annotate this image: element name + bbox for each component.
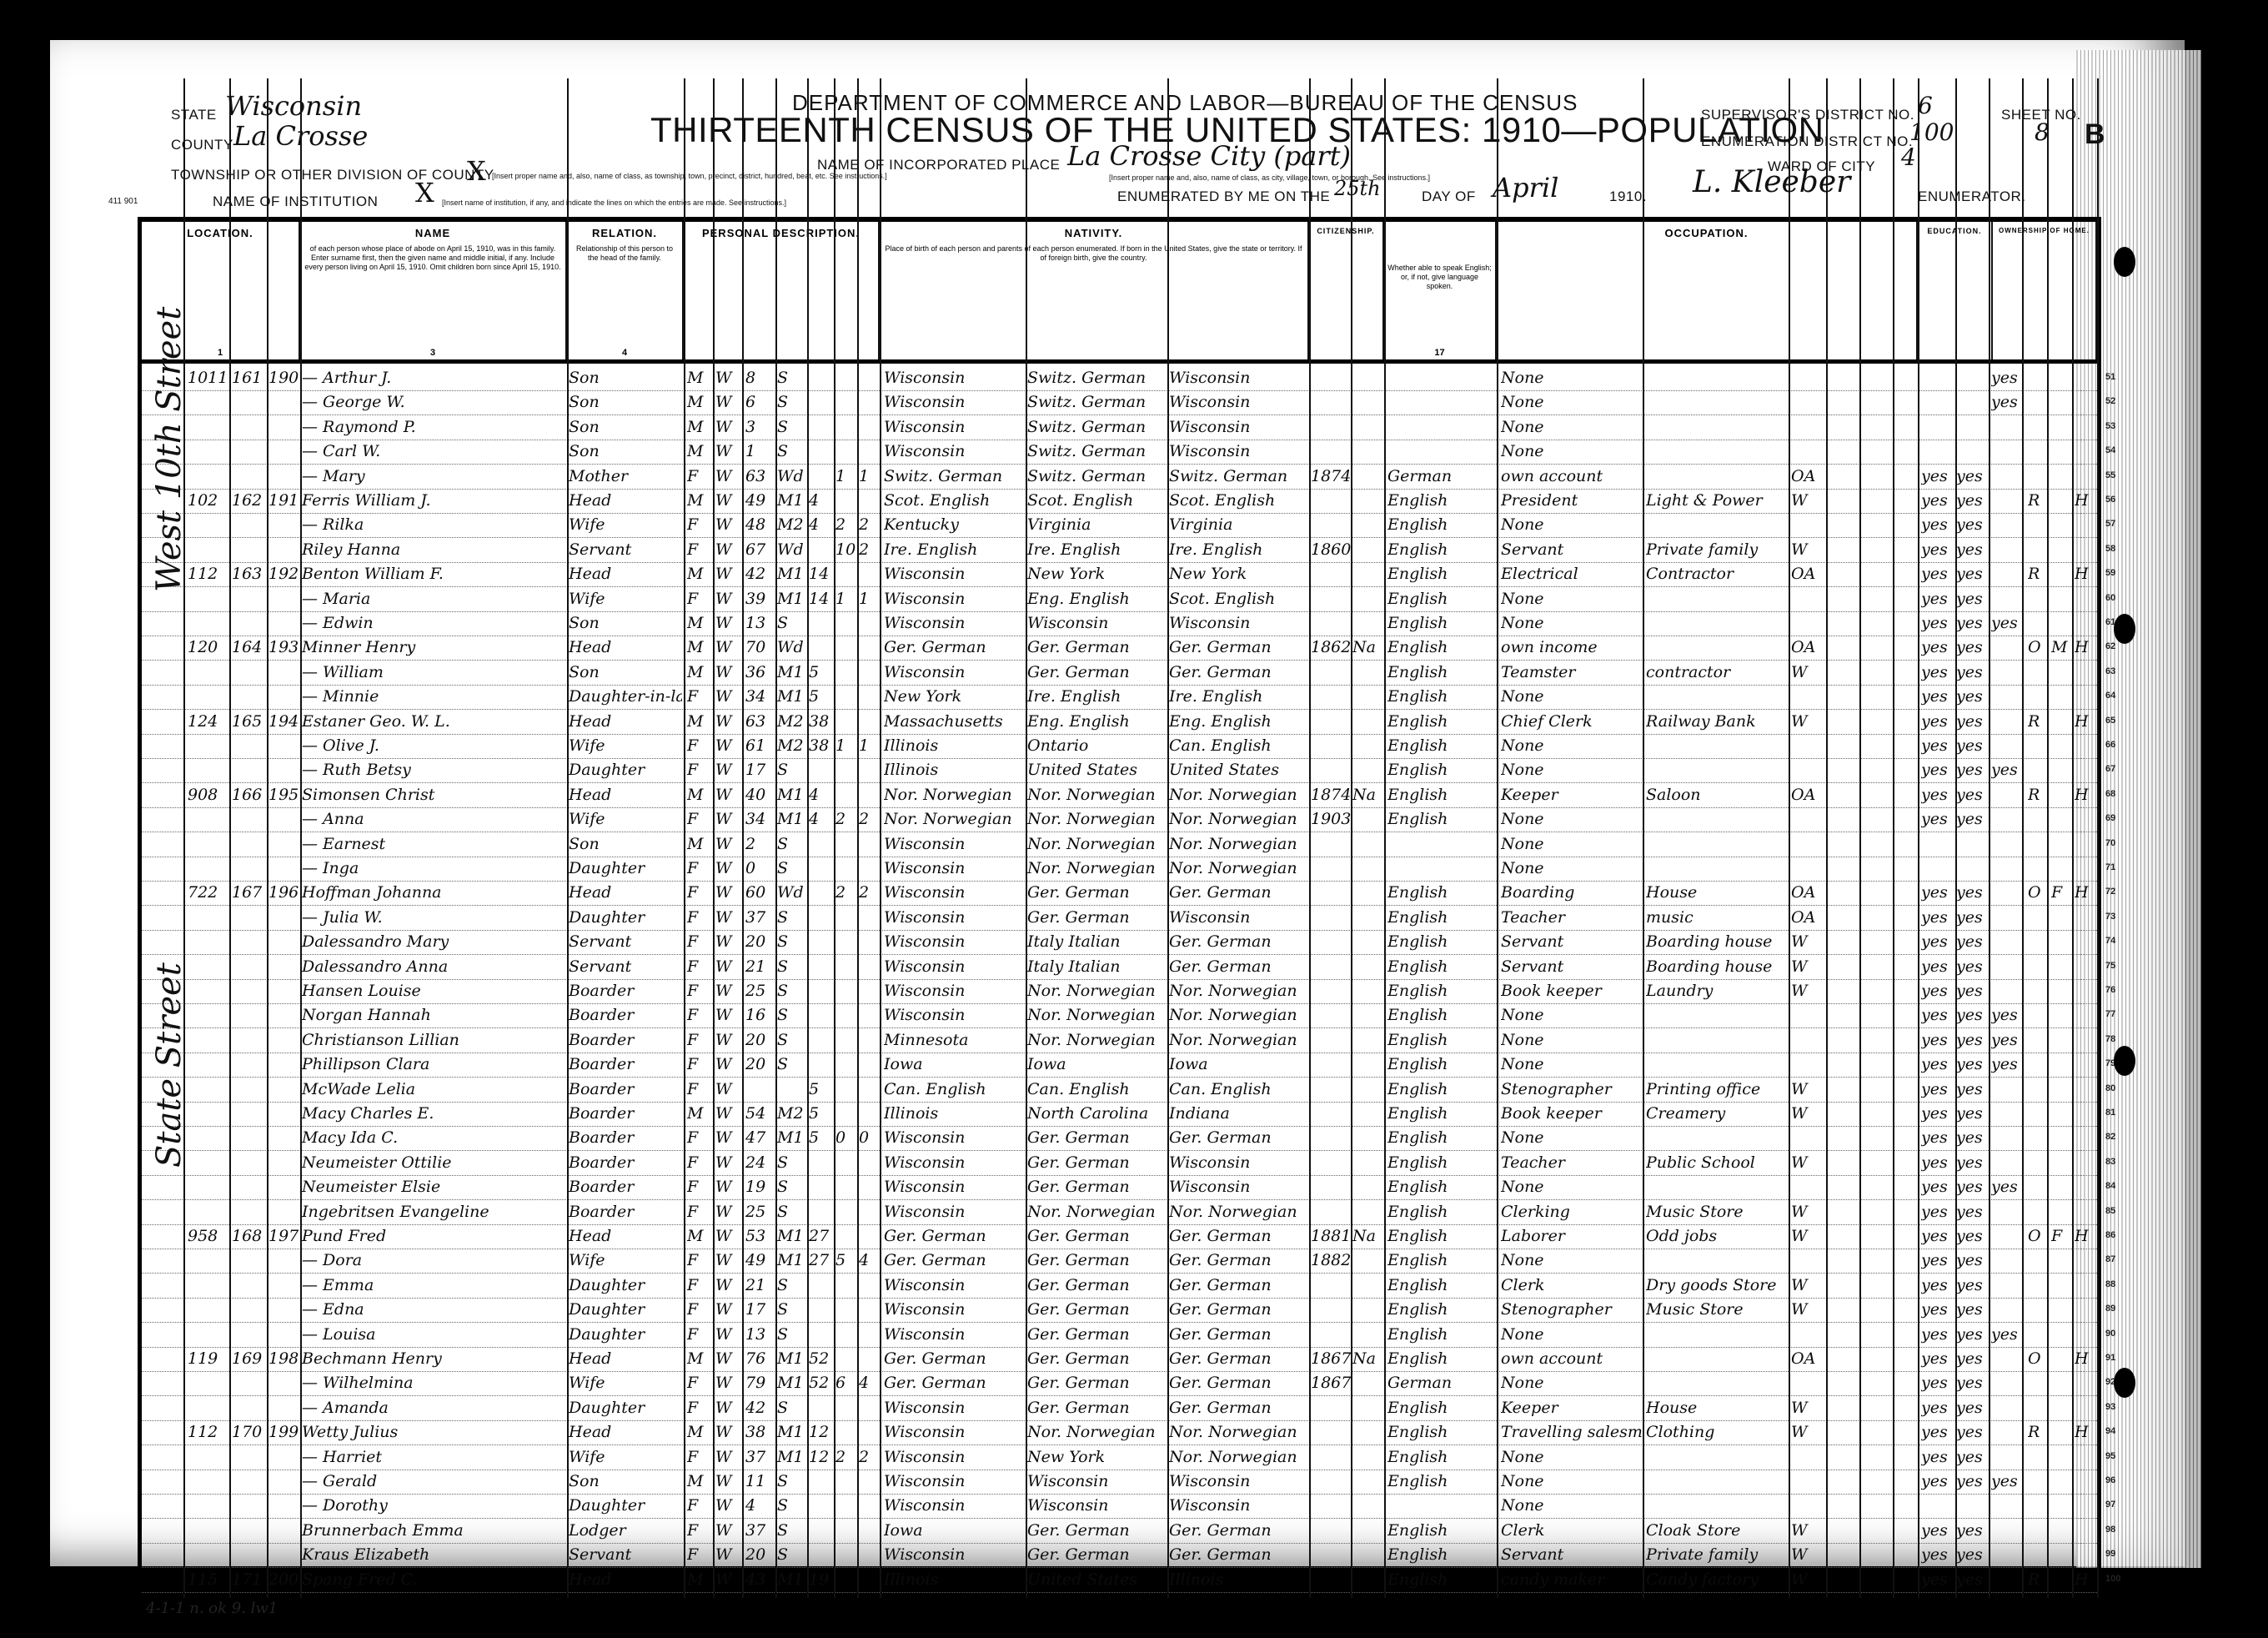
cell-fh (2075, 684, 2096, 709)
cell-race: W (715, 1101, 744, 1126)
table-row: — MaryMotherFW63Wd11Switz. GermanSwitz. … (142, 464, 2097, 490)
cell-birthplace: Wisconsin (884, 1125, 1026, 1150)
cell-mother-bp: Nor. Norwegian (1169, 1445, 1307, 1470)
cell-language: English (1387, 1567, 1496, 1592)
cell-occupation: Laborer (1501, 1223, 1643, 1249)
cell-free (2051, 610, 2073, 636)
cell-family (268, 1174, 304, 1199)
cell-living (859, 1002, 881, 1028)
cell-living (859, 1346, 881, 1371)
line-number: 68 (2105, 789, 2115, 799)
cell-read: yes (1921, 1248, 1954, 1273)
table-row: Neumeister OttilieBoarderFW24SWisconsinG… (142, 1150, 2097, 1176)
cell-race: W (715, 1346, 744, 1371)
cell-race: W (715, 537, 744, 562)
line-number: 82 (2105, 1132, 2115, 1142)
cell-read: yes (1921, 733, 1954, 758)
cell-nat: Na (1352, 1223, 1382, 1249)
cell-school (1991, 905, 2025, 930)
binding-hole (2114, 1368, 2135, 1398)
cell-house: 171 (232, 1567, 267, 1592)
cell-write: yes (1956, 1002, 1990, 1028)
cell-language: German (1387, 464, 1496, 489)
line-number: 75 (2105, 961, 2115, 971)
cell-birthplace: Can. English (884, 1077, 1026, 1102)
cell-fh (2075, 1101, 2096, 1126)
cell-school (1991, 586, 2025, 611)
cell-race: W (715, 512, 744, 537)
margin-code: 411 901 (108, 197, 138, 206)
line-number: 77 (2105, 1009, 2115, 1019)
cell-mother-bp: Wisconsin (1169, 389, 1307, 415)
cell-read: yes (1921, 1445, 1954, 1470)
cell-dwelling-no (188, 660, 229, 685)
cell-nat (1352, 978, 1382, 1003)
cell-house (232, 1542, 267, 1567)
cell-living: 0 (859, 1125, 881, 1150)
cell-name: — Maria (302, 586, 567, 611)
cell-dwelling-no (188, 1150, 229, 1175)
cell-fh (2075, 978, 2096, 1003)
cell-occupation: Teamster (1501, 660, 1643, 685)
cell-born (835, 978, 857, 1003)
cell-read: yes (1921, 1322, 1954, 1347)
cell-father-bp: Ger. German (1027, 635, 1167, 660)
cell-name: Pund Fred (302, 1223, 567, 1249)
cell-write: yes (1956, 1052, 1990, 1077)
cell-write: yes (1956, 1174, 1990, 1199)
cell-school (1991, 488, 2025, 513)
cell-father-bp: Ger. German (1027, 1248, 1167, 1273)
cell-free: F (2051, 880, 2073, 905)
cell-race: W (715, 1248, 744, 1273)
cell-language: English (1387, 1223, 1496, 1249)
cell-school (1991, 832, 2025, 857)
line-number: 93 (2105, 1402, 2115, 1412)
cell-age: 17 (745, 1297, 775, 1322)
cell-immig (1311, 1077, 1351, 1102)
cell-language: English (1387, 1125, 1496, 1150)
cell-emp (1791, 1469, 1824, 1494)
cell-fh (2075, 832, 2096, 857)
cell-school (1991, 1493, 2025, 1518)
column-rule (1893, 78, 1894, 1598)
cell-family: 190 (268, 365, 304, 390)
cell-age: 25 (745, 1199, 775, 1224)
cell-marital: S (777, 1174, 807, 1199)
cell-occupation: None (1501, 1469, 1643, 1494)
cell-read: yes (1921, 782, 1954, 807)
line-number: 72 (2105, 887, 2115, 897)
cell-name: Spang Fred C. (302, 1567, 567, 1592)
enumerated-year: 1910. (1609, 188, 1647, 205)
supervisor-district-value: 6 (1918, 92, 1933, 119)
cell-fh (2075, 537, 2096, 562)
cell-marital: M1 (777, 488, 807, 513)
cell-race: W (715, 586, 744, 611)
cell-name: — William (302, 660, 567, 685)
institution-label: NAME OF INSTITUTION (213, 193, 378, 210)
cell-house (232, 1370, 267, 1395)
cell-occupation: None (1501, 1125, 1643, 1150)
cell-name: — Dorothy (302, 1493, 567, 1518)
cell-house (232, 660, 267, 685)
cell-birthplace: Wisconsin (884, 1322, 1026, 1347)
table-row: — DorothyDaughterFW4SWisconsinWisconsinW… (142, 1493, 2097, 1519)
cell-age: 20 (745, 1052, 775, 1077)
cell-age: 37 (745, 905, 775, 930)
cell-nat (1352, 880, 1382, 905)
cell-language: English (1387, 1052, 1496, 1077)
cell-read: yes (1921, 1002, 1954, 1028)
cell-age: 60 (745, 880, 775, 905)
cell-fh: H (2075, 1223, 2096, 1249)
cell-write: yes (1956, 1567, 1990, 1592)
cell-birthplace: Wisconsin (884, 1002, 1026, 1028)
table-row: — LouisaDaughterFW13SWisconsinGer. Germa… (142, 1322, 2097, 1348)
cell-years-married: 14 (809, 561, 834, 586)
cell-immig: 1867 (1311, 1346, 1351, 1371)
cell-industry (1646, 1174, 1788, 1199)
cell-name: Macy Ida C. (302, 1125, 567, 1150)
cell-free (2051, 660, 2073, 685)
cell-name: — Gerald (302, 1469, 567, 1494)
cell-race: W (715, 1077, 744, 1102)
line-number: 62 (2105, 641, 2115, 651)
cell-fh (2075, 1518, 2096, 1543)
cell-race: W (715, 1199, 744, 1224)
cell-dwelling-no (188, 1445, 229, 1470)
cell-occupation: Servant (1501, 929, 1643, 954)
cell-mother-bp: Scot. English (1169, 586, 1307, 611)
cell-relation: Daughter (569, 905, 682, 930)
cell-language: English (1387, 1101, 1496, 1126)
cell-read (1921, 389, 1954, 415)
cell-family (268, 1028, 304, 1053)
cell-father-bp: Ger. German (1027, 1297, 1167, 1322)
cell-industry: music (1646, 905, 1788, 930)
cell-nat (1352, 1419, 1382, 1445)
cell-relation: Boarder (569, 1052, 682, 1077)
table-row: — EdnaDaughterFW17SWisconsinGer. GermanG… (142, 1297, 2097, 1323)
cell-fh (2075, 365, 2096, 390)
cell-father-bp: Eng. English (1027, 586, 1167, 611)
cell-fh (2075, 1469, 2096, 1494)
cell-fh (2075, 929, 2096, 954)
cell-house (232, 537, 267, 562)
cell-birthplace: Wisconsin (884, 832, 1026, 857)
cell-living (859, 1174, 881, 1199)
cell-immig (1311, 709, 1351, 734)
cell-industry (1646, 1028, 1788, 1053)
cell-sex: F (687, 1002, 712, 1028)
cell-age: 42 (745, 561, 775, 586)
cell-fh (2075, 1199, 2096, 1224)
street-name-1: West 10th Street (150, 307, 188, 592)
cell-language: English (1387, 782, 1496, 807)
cell-fh (2075, 733, 2096, 758)
column-rule (1026, 78, 1027, 1598)
cell-sex: F (687, 1395, 712, 1420)
cell-age: 24 (745, 1150, 775, 1175)
cell-house (232, 1199, 267, 1224)
cell-dwelling-no (188, 1493, 229, 1518)
cell-years-married (809, 757, 834, 782)
cell-fh (2075, 660, 2096, 685)
cell-name: Estaner Geo. W. L. (302, 709, 567, 734)
cell-immig (1311, 856, 1351, 881)
cell-family (268, 1077, 304, 1102)
cell-father-bp: Wisconsin (1027, 1493, 1167, 1518)
cell-immig (1311, 1445, 1351, 1470)
column-rule (1167, 78, 1169, 1598)
cell-born (835, 954, 857, 979)
cell-house: 161 (232, 365, 267, 390)
cell-occupation: None (1501, 757, 1643, 782)
cell-name: McWade Lelia (302, 1077, 567, 1102)
cell-language (1387, 832, 1496, 857)
cell-language: English (1387, 806, 1496, 832)
cell-dwelling-no (188, 1542, 229, 1567)
cell-living (859, 1469, 881, 1494)
cell-school: yes (1991, 1002, 2025, 1028)
cell-emp (1791, 610, 1824, 636)
cell-write: yes (1956, 1150, 1990, 1175)
cell-mother-bp: Can. English (1169, 733, 1307, 758)
cell-marital: M1 (777, 660, 807, 685)
cell-school (1991, 537, 2025, 562)
line-number: 99 (2105, 1549, 2115, 1559)
cell-years-married (809, 978, 834, 1003)
cell-read: yes (1921, 1370, 1954, 1395)
cell-nat (1352, 806, 1382, 832)
cell-occupation: None (1501, 806, 1643, 832)
cell-born (835, 1273, 857, 1298)
cell-fh (2075, 439, 2096, 464)
cell-school: yes (1991, 1028, 2025, 1053)
column-rule (684, 78, 685, 1598)
cell-read: yes (1921, 806, 1954, 832)
cell-emp: W (1791, 954, 1824, 979)
cell-family (268, 954, 304, 979)
cell-father-bp: Nor. Norwegian (1027, 978, 1167, 1003)
cell-living (859, 635, 881, 660)
cell-school: yes (1991, 1469, 2025, 1494)
cell-mother-bp: Wisconsin (1169, 1150, 1307, 1175)
cell-nat (1352, 365, 1382, 390)
cell-occupation: own account (1501, 1346, 1643, 1371)
cell-house (232, 1248, 267, 1273)
cell-years-married: 5 (809, 1125, 834, 1150)
cell-read: yes (1921, 1101, 1954, 1126)
cell-race: W (715, 782, 744, 807)
cell-mother-bp: Virginia (1169, 512, 1307, 537)
cell-nat (1352, 488, 1382, 513)
cell-free: M (2051, 635, 2073, 660)
cell-mother-bp: Ger. German (1169, 1248, 1307, 1273)
cell-fh (2075, 1493, 2096, 1518)
cell-age: 63 (745, 709, 775, 734)
cell-relation: Wife (569, 512, 682, 537)
cell-write: yes (1956, 782, 1990, 807)
cell-house (232, 1445, 267, 1470)
cell-name: Dalessandro Mary (302, 929, 567, 954)
cell-write: yes (1956, 488, 1990, 513)
col-group-citizenship: CITIZENSHIP. (1309, 222, 1384, 359)
cell-house: 170 (232, 1419, 267, 1445)
cell-house (232, 1469, 267, 1494)
cell-immig (1311, 1297, 1351, 1322)
cell-age: 67 (745, 537, 775, 562)
cell-race: W (715, 1518, 744, 1543)
cell-father-bp: Nor. Norwegian (1027, 1028, 1167, 1053)
cell-dwelling-no (188, 512, 229, 537)
cell-fh (2075, 1002, 2096, 1028)
cell-language: English (1387, 512, 1496, 537)
institution-value: X (415, 177, 434, 209)
cell-industry (1646, 1370, 1788, 1395)
cell-family (268, 1052, 304, 1077)
cell-race: W (715, 832, 744, 857)
cell-dwelling-no (188, 1518, 229, 1543)
cell-emp (1791, 439, 1824, 464)
cell-relation: Wife (569, 586, 682, 611)
cell-free (2051, 782, 2073, 807)
cell-fh (2075, 1052, 2096, 1077)
cell-read: yes (1921, 610, 1954, 636)
cell-free (2051, 1028, 2073, 1053)
cell-sex: M (687, 561, 712, 586)
cell-occupation: None (1501, 1248, 1643, 1273)
cell-born: 1 (835, 733, 857, 758)
line-number: 57 (2105, 519, 2115, 529)
cell-fh (2075, 1125, 2096, 1150)
cell-dwelling-no (188, 806, 229, 832)
cell-relation: Boarder (569, 1028, 682, 1053)
cell-marital: S (777, 1150, 807, 1175)
institution-note: [Insert name of institution, if any, and… (442, 198, 786, 207)
cell-house (232, 1174, 267, 1199)
line-number: 83 (2105, 1157, 2115, 1167)
cell-age: 38 (745, 1419, 775, 1445)
cell-birthplace: Nor. Norwegian (884, 782, 1026, 807)
cell-father-bp: Ontario (1027, 733, 1167, 758)
cell-free (2051, 537, 2073, 562)
table-row: — Ruth BetsyDaughterFW17SIllinoisUnited … (142, 757, 2097, 783)
cell-marital: S (777, 1322, 807, 1347)
cell-read: yes (1921, 954, 1954, 979)
cell-house: 165 (232, 709, 267, 734)
cell-write: yes (1956, 1125, 1990, 1150)
line-number: 78 (2105, 1034, 2115, 1044)
cell-born (835, 856, 857, 881)
cell-occupation: Boarding (1501, 880, 1643, 905)
cell-race: W (715, 905, 744, 930)
table-row: 124165194Estaner Geo. W. L.HeadMW63M238M… (142, 709, 2097, 735)
cell-write: yes (1956, 1199, 1990, 1224)
cell-birthplace: Iowa (884, 1052, 1026, 1077)
cell-father-bp: Iowa (1027, 1052, 1167, 1077)
cell-school (1991, 1542, 2025, 1567)
cell-read: yes (1921, 1052, 1954, 1077)
cell-nat (1352, 832, 1382, 857)
cell-free (2051, 586, 2073, 611)
cell-years-married (809, 464, 834, 489)
cell-years-married: 19 (809, 1567, 834, 1592)
cell-read: yes (1921, 561, 1954, 586)
cell-language: English (1387, 1322, 1496, 1347)
cell-nat: Na (1352, 635, 1382, 660)
cell-fh: H (2075, 1567, 2096, 1592)
table-row: 112170199Wetty JuliusHeadMW38M112Wiscons… (142, 1419, 2097, 1445)
cell-sex: F (687, 954, 712, 979)
cell-mother-bp: Ger. German (1169, 1346, 1307, 1371)
cell-years-married (809, 1518, 834, 1543)
cell-father-bp: Nor. Norwegian (1027, 1199, 1167, 1224)
cell-family (268, 1322, 304, 1347)
line-number: 85 (2105, 1206, 2115, 1216)
cell-years-married (809, 832, 834, 857)
cell-dwelling-no (188, 905, 229, 930)
col-group-language: Whether able to speak English; or, if no… (1384, 222, 1497, 359)
cell-race: W (715, 1150, 744, 1175)
cell-marital: M2 (777, 709, 807, 734)
cell-emp: W (1791, 1518, 1824, 1543)
cell-write: yes (1956, 1346, 1990, 1371)
cell-born: 2 (835, 806, 857, 832)
cell-marital: S (777, 856, 807, 881)
cell-relation: Boarder (569, 1101, 682, 1126)
cell-occupation: Servant (1501, 1542, 1643, 1567)
cell-school (1991, 1567, 2025, 1592)
cell-school (1991, 1077, 2025, 1102)
cell-fh (2075, 1273, 2096, 1298)
cell-relation: Boarder (569, 1150, 682, 1175)
cell-read: yes (1921, 1395, 1954, 1420)
cell-industry: Private family (1646, 537, 1788, 562)
cell-nat (1352, 1493, 1382, 1518)
cell-sex: F (687, 512, 712, 537)
cell-marital (777, 1077, 807, 1102)
cell-occupation: Chief Clerk (1501, 709, 1643, 734)
cell-born (835, 635, 857, 660)
cell-mother-bp: Ire. English (1169, 537, 1307, 562)
cell-occupation: None (1501, 1052, 1643, 1077)
cell-mother-bp: Indiana (1169, 1101, 1307, 1126)
cell-occupation: None (1501, 415, 1643, 440)
cell-relation: Boarder (569, 1002, 682, 1028)
cell-language: English (1387, 1297, 1496, 1322)
cell-marital: S (777, 1469, 807, 1494)
cell-age: 47 (745, 1125, 775, 1150)
cell-age: 48 (745, 512, 775, 537)
cell-school (1991, 561, 2025, 586)
cell-name: Phillipson Clara (302, 1052, 567, 1077)
cell-write: yes (1956, 1077, 1990, 1102)
cell-immig (1311, 389, 1351, 415)
cell-years-married (809, 929, 834, 954)
cell-write: yes (1956, 1322, 1990, 1347)
cell-marital: S (777, 905, 807, 930)
cell-fh (2075, 1077, 2096, 1102)
cell-age: 20 (745, 1542, 775, 1567)
cell-emp: OA (1791, 464, 1824, 489)
cell-occupation: Clerk (1501, 1518, 1643, 1543)
cell-age: 63 (745, 464, 775, 489)
line-number: 100 (2105, 1574, 2120, 1584)
cell-emp: W (1791, 978, 1824, 1003)
cell-born (835, 1052, 857, 1077)
